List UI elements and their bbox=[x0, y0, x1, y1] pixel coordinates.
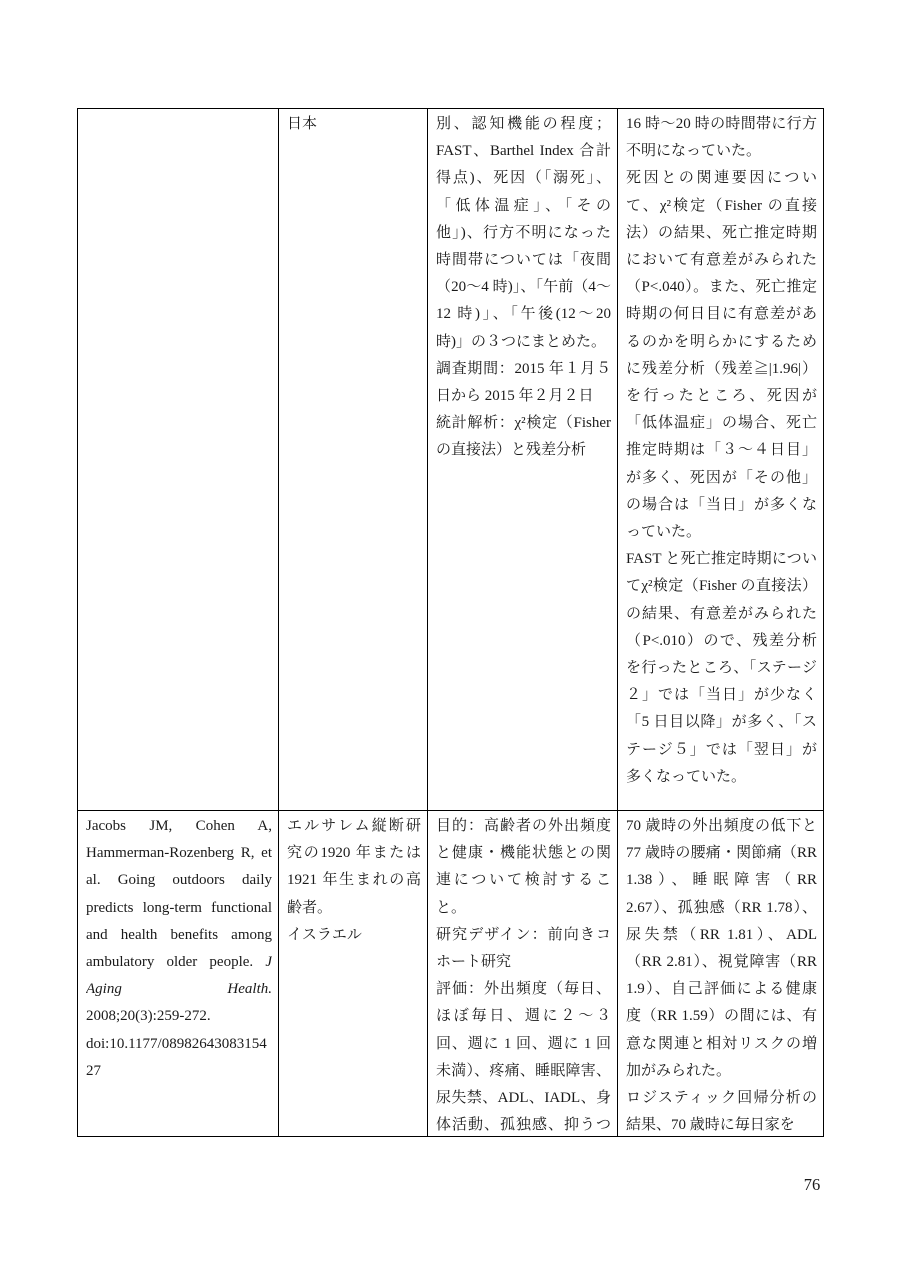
cell-citation: Jacobs JM, Cohen A, Hammerman-Rozenberg … bbox=[78, 811, 279, 1137]
cell-methods-continued: 別、認知機能の程度；FAST、Barthel Index 合計得点)、死因（「溺… bbox=[428, 109, 618, 811]
results-paragraph: 16 時～20 時の時間帯に行方不明になっていた。 bbox=[626, 111, 817, 165]
survey-period-paragraph: 調査期間：2015 年１月５日から 2015 年２月２日 bbox=[436, 356, 611, 410]
results-paragraph: 70 歳時の外出頻度の低下と 77 歳時の腰痛・関節痛（RR 1.38）、睡眠障… bbox=[626, 813, 817, 1085]
cell-results-continued: 16 時～20 時の時間帯に行方不明になっていた。 死因との関連要因について、χ… bbox=[618, 109, 824, 811]
table-row-jacobs-study: Jacobs JM, Cohen A, Hammerman-Rozenberg … bbox=[78, 811, 824, 1137]
cell-subjects-country: 日本 bbox=[279, 109, 428, 811]
cell-content: エルサレム縦断研究の1920 年または 1921 年生まれの高齢者。 イスラエル bbox=[287, 813, 421, 1136]
cell-content: 16 時～20 時の時間帯に行方不明になっていた。 死因との関連要因について、χ… bbox=[626, 111, 817, 810]
cell-subjects-country: エルサレム縦断研究の1920 年または 1921 年生まれの高齢者。 イスラエル bbox=[279, 811, 428, 1137]
statistical-analysis-paragraph: 統計解析：χ²検定（Fisher の直接法）と残差分析 bbox=[436, 410, 611, 464]
results-paragraph: FAST と死亡推定時期についてχ²検定（Fisher の直接法）の結果、有意差… bbox=[626, 546, 817, 791]
citation-text: Jacobs JM, Cohen A, Hammerman-Rozenberg … bbox=[86, 813, 272, 1085]
literature-review-table: 日本 別、認知機能の程度；FAST、Barthel Index 合計得点)、死因… bbox=[77, 108, 824, 1137]
citation-authors-title: Jacobs JM, Cohen A, Hammerman-Rozenberg … bbox=[86, 818, 272, 970]
results-paragraph: ロジスティック回帰分析の結果、70 歳時に毎日家を bbox=[626, 1085, 817, 1136]
citation-volume-doi: 2008;20(3):259-272. doi:10.1177/08982643… bbox=[86, 1008, 267, 1078]
cell-content bbox=[86, 111, 272, 810]
cell-content: 日本 bbox=[287, 111, 421, 810]
evaluation-paragraph: 評価：外出頻度（毎日、ほぼ毎日、週に２～３回、週に 1 回、週に 1 回未満）、… bbox=[436, 976, 611, 1136]
page-number: 76 bbox=[790, 1174, 834, 1196]
methods-paragraph: 別、認知機能の程度；FAST、Barthel Index 合計得点)、死因（「溺… bbox=[436, 111, 611, 356]
country-text: 日本 bbox=[287, 111, 421, 138]
country-text: イスラエル bbox=[287, 922, 421, 949]
cell-content: 別、認知機能の程度；FAST、Barthel Index 合計得点)、死因（「溺… bbox=[436, 111, 611, 810]
table-row-continued: 日本 別、認知機能の程度；FAST、Barthel Index 合計得点)、死因… bbox=[78, 109, 824, 811]
results-paragraph: 死因との関連要因について、χ²検定（Fisher の直接法）の結果、死亡推定時期… bbox=[626, 165, 817, 546]
cell-results: 70 歳時の外出頻度の低下と 77 歳時の腰痛・関節痛（RR 1.38）、睡眠障… bbox=[618, 811, 824, 1137]
purpose-paragraph: 目的：高齢者の外出頻度と健康・機能状態との関連について検討すること。 bbox=[436, 813, 611, 922]
cell-citation-empty bbox=[78, 109, 279, 811]
cell-content: 目的：高齢者の外出頻度と健康・機能状態との関連について検討すること。 研究デザイ… bbox=[436, 813, 611, 1136]
subjects-paragraph: エルサレム縦断研究の1920 年または 1921 年生まれの高齢者。 bbox=[287, 813, 421, 922]
cell-content: 70 歳時の外出頻度の低下と 77 歳時の腰痛・関節痛（RR 1.38）、睡眠障… bbox=[626, 813, 817, 1136]
document-page: 日本 別、認知機能の程度；FAST、Barthel Index 合計得点)、死因… bbox=[0, 0, 900, 1273]
cell-content: Jacobs JM, Cohen A, Hammerman-Rozenberg … bbox=[86, 813, 272, 1136]
study-design-paragraph: 研究デザイン：前向きコホート研究 bbox=[436, 922, 611, 976]
cell-methods: 目的：高齢者の外出頻度と健康・機能状態との関連について検討すること。 研究デザイ… bbox=[428, 811, 618, 1137]
